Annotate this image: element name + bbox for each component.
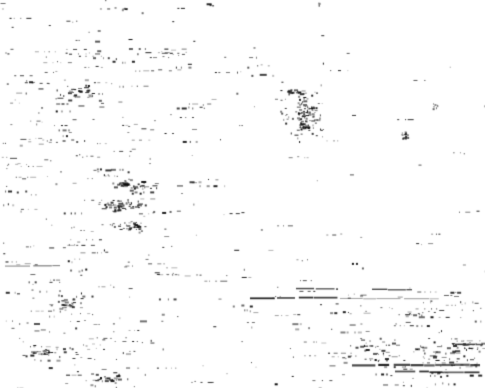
thresholded-photo-figure <box>0 0 485 388</box>
speckle-noise-canvas <box>0 0 485 388</box>
noise-texture-page <box>0 0 485 388</box>
